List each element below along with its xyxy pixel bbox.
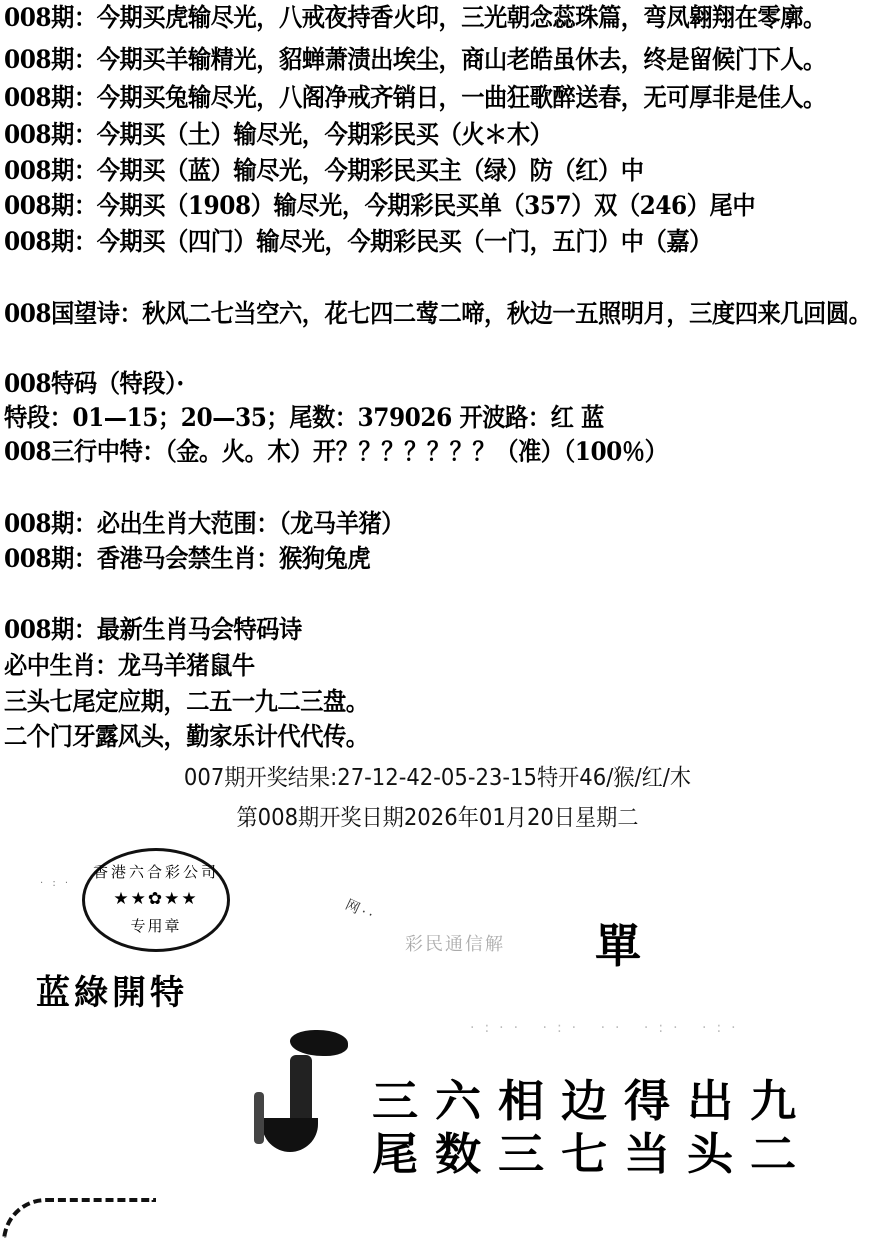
verse-title: 008期：最新生肖马会特码诗 [4,614,302,646]
text-line-6: 008期：今期买（1908）输尽光，今期彩民买单（357）双（246）尾中 [4,190,755,222]
stamp-sub-text: 专用章 [85,915,227,936]
green-blue-label: 蓝綠開特 [36,965,188,1014]
stamp-specks: · : · [40,878,71,889]
poem-line: 008国望诗：秋风二七当空六，花七四二莺二啼，秋边一五照明月，三度四来几回圆。 [4,298,871,330]
text-line-1: 008期：今期买虎输尽光，八戒夜持香火印，三光朝念蕊珠篇，弯凤翱翔在零廓。 [4,2,826,34]
next-draw-date: 第008期开奖日期2026年01月20日星期二 [35,803,840,833]
special-title: 008特码（特段）· [4,368,184,400]
footer-poem-line-2: 尾数三七当头二 [372,1130,813,1180]
text-line-7: 008期：今期买（四门）输尽光，今期彩民买（一门，五门）中（嘉） [4,226,712,258]
stamp-arc-text: 香港六合彩公司 [93,861,219,882]
text-line-5: 008期：今期买（蓝）输尽光，今期彩民买主（绿）防（红）中 [4,155,644,187]
dashed-curve [2,1198,156,1238]
special-range: 特段：01—15；20—35；尾数：379026 开波路：红 蓝 [4,402,604,434]
zodiac-must: 008期：必出生肖大范围：（龙马羊猪） [4,508,404,540]
text-line-3: 008期：今期买兔输尽光，八阁净戒齐销日，一曲狂歌醉送春，无可厚非是佳人。 [4,82,826,114]
single-char: 單 [595,910,641,976]
text-line-2: 008期：今期买羊输精光，貂蝉萧渍出埃尘，商山老皓虽休去，终是留候门下人。 [4,44,826,76]
verse-line-2: 二个门牙露风头，勤家乐计代代传。 [4,721,369,753]
previous-result: 007期开奖结果:27-12-42-05-23-15特开46/猴/红/木 [35,763,840,793]
verse-must-zodiac: 必中生肖：龙马羊猪鼠牛 [4,650,255,682]
company-stamp: 香港六合彩公司 ★★✿★★ 专用章 [82,848,230,952]
faded-noise: ·:·· ·:· ·· ·:· ·:· [470,1020,746,1036]
verse-line-1: 三头七尾定应期，二五一九二三盘。 [4,686,369,718]
special-elements: 008三行中特：（金。火。木）开？？？？？？？（准）（100％） [4,436,667,468]
zodiac-banned: 008期：香港马会禁生肖：猴狗兔虎 [4,543,370,575]
footer-poem-line-1: 三六相边得出九 [372,1077,813,1127]
star-icon: ★★✿★★ [85,889,227,909]
text-line-4: 008期：今期买（土）输尽光，今期彩民买（火＊木） [4,119,552,151]
scribble-mark: 网·· [342,894,379,926]
faded-text: 彩民通信解 [405,930,505,956]
